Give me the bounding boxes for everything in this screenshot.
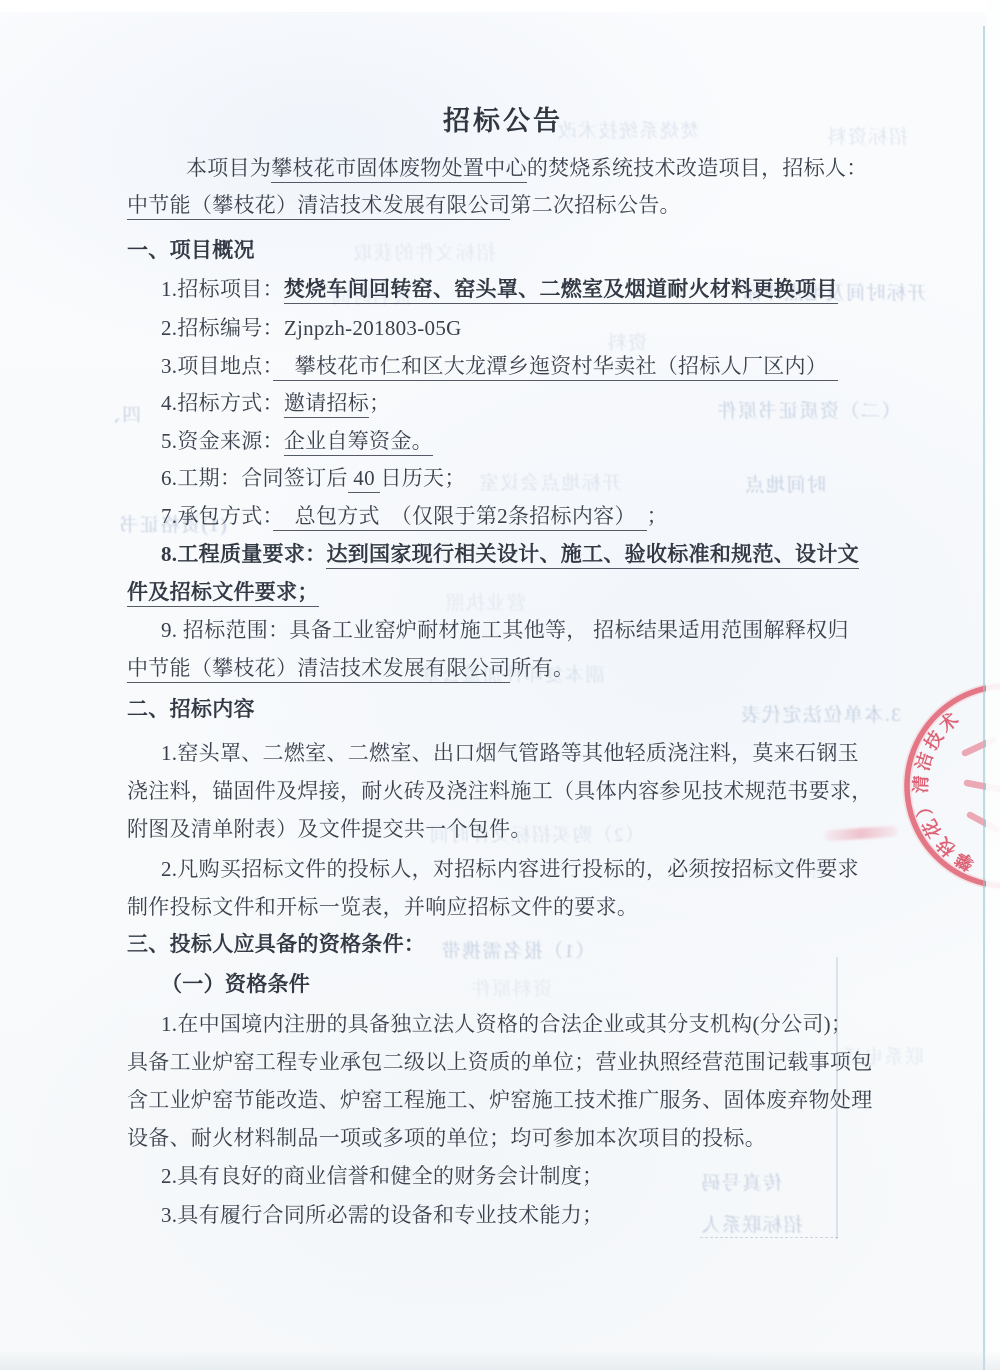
item-text: 9. 招标范围：具备工业窑炉耐材施工其他等， 招标结果适用范围解释权归	[161, 618, 849, 642]
item-value-underlined: 总包方式 （仅限于第2条招标内容）	[273, 504, 646, 531]
item-project-location: 3.项目地点： 攀枝花市仁和区大龙潭乡迤资村华卖社（招标人厂区内）	[161, 353, 838, 379]
bleedthrough-smudge: 时间地点	[744, 470, 826, 497]
item-value-underlined: 邀请招标	[284, 391, 369, 418]
item-suffix: ；	[369, 391, 390, 415]
content-para1-line1: 1.窑头罩、二燃室、二燃室、出口烟气管路等其他轻质浇注料，莫来石钢玉	[161, 740, 859, 766]
qualification-item2: 2.具有良好的商业信誉和健全的财务会计制度；	[161, 1163, 603, 1189]
content-para2-line2: 制作投标文件和开标一览表，并响应招标文件的要求。	[127, 894, 638, 920]
item-bid-method: 4.招标方式：邀请招标；	[161, 390, 390, 416]
scan-right-edge-line	[983, 26, 985, 1370]
qualification-item1-line3: 含工业炉窑节能改造、炉窑工程施工、炉窑施工技术推广服务、固体废弃物处理	[127, 1087, 873, 1113]
red-company-seal: 攀枝花）清洁技术	[815, 655, 1000, 920]
intro-line-1: 本项目为攀枝花市固体废物处置中心的焚烧系统技术改造项目，招标人：	[186, 155, 868, 181]
scan-bottom-shadow	[0, 1350, 1000, 1370]
bleedthrough-smudge: 资料	[606, 328, 647, 355]
qualification-item1-line2: 具备工业炉窑工程专业承包二级以上资质的单位；营业执照经营范围记载事项包	[127, 1049, 873, 1075]
qualification-subheading: （一）资格条件	[161, 971, 310, 997]
intro-text: 第二次招标公告。	[510, 193, 680, 217]
item-value-underlined: 企业自筹资金。	[284, 429, 433, 456]
bleedthrough-vertical-line	[836, 957, 838, 1239]
bleedthrough-smudge: 招标文件的获取	[352, 238, 496, 265]
item-bid-scope-line2: 中节能（攀枝花）清洁技术发展有限公司所有。	[127, 655, 574, 681]
bleedthrough-smudge: 招标联系人	[700, 1210, 803, 1237]
bleedthrough-smudge: 四、	[100, 400, 141, 427]
item-value-underlined: 件及招标文件要求；	[127, 580, 319, 607]
item-label: 4.招标方式：	[161, 391, 284, 415]
scanned-bid-announcement-page: 焚烧系统技术改 招标资料 招标文件的获取 开标时间及地点评标 报名时间 资料 四…	[0, 0, 1000, 1370]
scan-right-margin	[986, 0, 1000, 1370]
intro-underlined-owner-center: 攀枝花市固体废物处置中心	[271, 156, 527, 183]
item-value-underlined: 焚烧车间回转窑、窑头罩、二燃室及烟道耐火材料更换项目	[284, 277, 838, 304]
bleedthrough-smudge: 资料原件	[470, 974, 552, 1001]
bleedthrough-smudge: 营业执照	[444, 588, 526, 615]
section2-heading: 二、招标内容	[127, 696, 255, 722]
intro-line-2: 中节能（攀枝花）清洁技术发展有限公司第二次招标公告。	[127, 192, 681, 218]
item-suffix: ；	[647, 504, 668, 528]
intro-underlined-company: 中节能（攀枝花）清洁技术发展有限公司	[127, 193, 510, 220]
bleedthrough-smudge: 传真号码	[700, 1168, 782, 1195]
item-quality-requirement-line2: 件及招标文件要求；	[127, 579, 319, 605]
section3-heading: 三、投标人应具备的资格条件：	[127, 931, 425, 957]
item-bid-number: 2.招标编号：Zjnpzh-201803-05G	[161, 315, 462, 341]
bleedthrough-smudge: （1）报名需携带	[440, 936, 595, 963]
company-name-underlined: 中节能（攀枝花）清洁技术发展有限公司	[127, 656, 510, 683]
item-value: Zjnpzh-201803-05G	[284, 316, 462, 340]
item-value-underlined: 40	[348, 466, 381, 493]
intro-text: 本项目为	[186, 156, 271, 180]
item-suffix: 所有。	[510, 656, 574, 680]
item-value-underlined: 攀枝花市仁和区大龙潭乡迤资村华卖社（招标人厂区内）	[273, 354, 838, 381]
item-label: 5.资金来源：	[161, 429, 284, 453]
item-quality-requirement-line1: 8.工程质量要求：达到国家现行相关设计、施工、验收标准和规范、设计文	[161, 541, 859, 567]
content-para1-line2: 浇注料，锚固件及焊接，耐火砖及浇注料施工（具体内容参见技术规范书要求，	[127, 778, 873, 804]
bleedthrough-dashed-line	[700, 1237, 838, 1238]
content-para2-line1: 2.凡购买招标文件的投标人，对招标内容进行投标的，必须按招标文件要求	[161, 856, 859, 882]
bleedthrough-smudge: 开标地点会议室	[478, 468, 622, 495]
qualification-item1-line1: 1.在中国境内注册的具备独立法人资格的合法企业或其分支机构(分公司)；	[161, 1011, 852, 1037]
item-duration: 6.工期：合同签订后 40 日历天；	[161, 465, 466, 491]
content-para1-line3: 附图及清单附表）及文件提交共一个包件。	[127, 816, 532, 842]
section1-heading: 一、项目概况	[127, 237, 255, 263]
item-label: 1.招标项目：	[161, 277, 284, 301]
item-bid-scope-line1: 9. 招标范围：具备工业窑炉耐材施工其他等， 招标结果适用范围解释权归	[161, 617, 849, 643]
item-label: 3.项目地点：	[161, 354, 273, 378]
intro-text: 的焚烧系统技术改造项目，招标人：	[527, 156, 868, 180]
item-label: 8.工程质量要求：	[161, 542, 326, 566]
item-value-underlined: 达到国家现行相关设计、施工、验收标准和规范、设计文	[326, 542, 859, 569]
bleedthrough-smudge: （二）资质证书原件	[716, 396, 901, 423]
item-label: 6.工期：合同签订后	[161, 466, 348, 490]
item-bid-project: 1.招标项目：焚烧车间回转窑、窑头罩、二燃室及烟道耐火材料更换项目	[161, 276, 838, 302]
scan-top-edge	[0, 0, 1000, 12]
item-suffix: 日历天；	[380, 466, 465, 490]
qualification-item1-line4: 设备、耐火材料制品一项或多项的单位；均可参加本次项目的投标。	[127, 1125, 766, 1151]
item-contract-mode: 7.承包方式： 总包方式 （仅限于第2条招标内容） ；	[161, 503, 668, 529]
page-title: 招标公告	[0, 99, 1000, 138]
item-funding-source: 5.资金来源：企业自筹资金。	[161, 428, 433, 454]
qualification-item3: 3.具有履行合同所必需的设备和专业技术能力；	[161, 1202, 603, 1228]
item-label: 2.招标编号：	[161, 316, 284, 340]
item-label: 7.承包方式：	[161, 504, 273, 528]
